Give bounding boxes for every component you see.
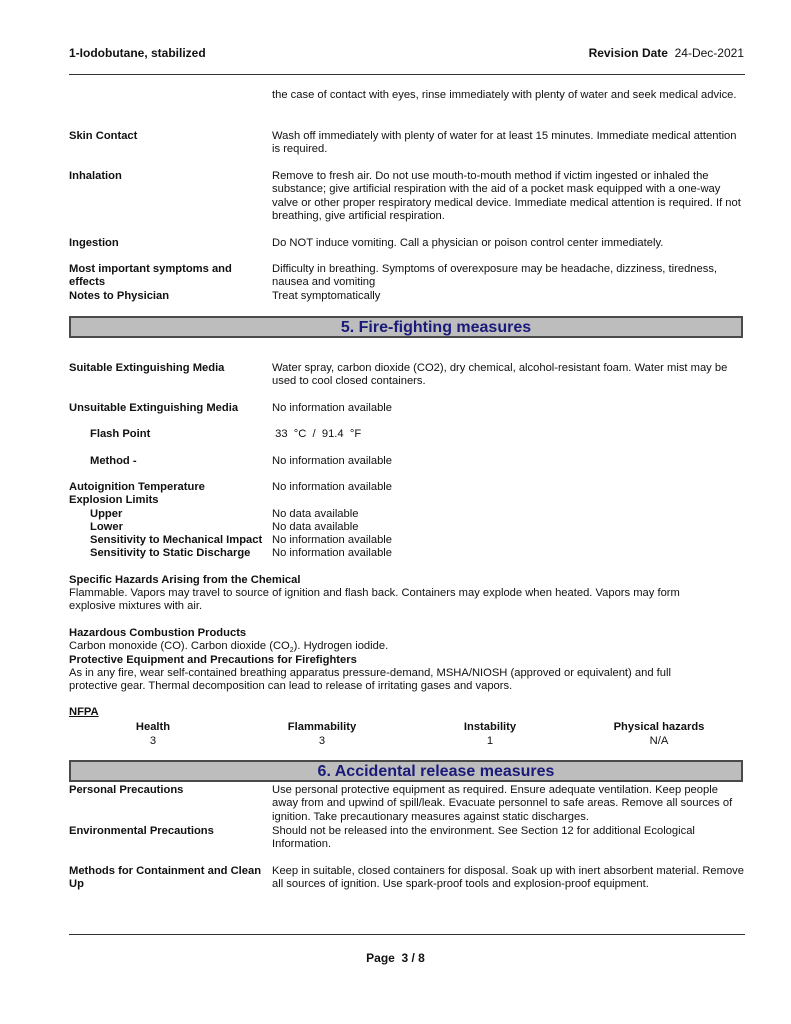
mechanical-impact-value: No information available: [272, 534, 746, 547]
specific-hazards-text: Flammable. Vapors may travel to source o…: [69, 587, 719, 614]
lower-limit-value: No data available: [272, 521, 746, 534]
protective-equipment-title: Protective Equipment and Precautions for…: [69, 654, 357, 667]
containment-methods-label: Methods for Containment and Clean Up: [69, 865, 274, 891]
nfpa-instability: Instability 1: [410, 720, 570, 748]
inhalation-label: Inhalation: [69, 170, 122, 183]
inhalation-value: Remove to fresh air. Do not use mouth-to…: [272, 170, 746, 224]
skin-contact-label: Skin Contact: [69, 130, 137, 143]
static-discharge-value: No information available: [272, 547, 746, 560]
nfpa-physical-hazards-value: N/A: [579, 734, 739, 748]
autoignition-label: Autoignition Temperature: [69, 481, 205, 494]
method-label: Method -: [90, 455, 137, 468]
eye-contact-continuation: the case of contact with eyes, rinse imm…: [272, 89, 746, 102]
method-value: No information available: [272, 455, 746, 468]
containment-methods-value: Keep in suitable, closed containers for …: [272, 865, 746, 892]
autoignition-value: No information available: [272, 481, 746, 494]
specific-hazards-title: Specific Hazards Arising from the Chemic…: [69, 574, 300, 587]
nfpa-flammability: Flammability 3: [242, 720, 402, 748]
nfpa-flammability-value: 3: [242, 734, 402, 748]
environmental-precautions-label: Environmental Precautions: [69, 825, 214, 838]
revision-label: Revision Date: [589, 46, 668, 60]
protective-equipment-text: As in any fire, wear self-contained brea…: [69, 667, 719, 694]
flash-point-value: 33 °C / 91.4 °F: [272, 428, 746, 441]
combustion-text-part: Carbon monoxide (CO). Carbon dioxide (CO: [69, 640, 290, 652]
static-discharge-label: Sensitivity to Static Discharge: [90, 547, 250, 560]
document-title: 1-Iodobutane, stabilized: [69, 46, 206, 60]
nfpa-instability-value: 1: [410, 734, 570, 748]
nfpa-health-value: 3: [73, 734, 233, 748]
suitable-media-value: Water spray, carbon dioxide (CO2), dry c…: [272, 362, 746, 389]
ingestion-label: Ingestion: [69, 237, 119, 250]
upper-limit-label: Upper: [90, 508, 122, 521]
nfpa-health-header: Health: [73, 720, 233, 734]
notes-physician-value: Treat symptomatically: [272, 290, 746, 303]
ingestion-value: Do NOT induce vomiting. Call a physician…: [272, 237, 746, 250]
page-number: Page 3 / 8: [0, 951, 791, 965]
nfpa-health: Health 3: [73, 720, 233, 748]
revision-date: Revision Date 24-Dec-2021: [589, 46, 744, 60]
personal-precautions-value: Use personal protective equipment as req…: [272, 784, 746, 824]
section-5-header: 5. Fire-fighting measures: [69, 316, 743, 338]
unsuitable-media-label: Unsuitable Extinguishing Media: [69, 402, 238, 415]
skin-contact-value: Wash off immediately with plenty of wate…: [272, 130, 746, 157]
nfpa-physical-hazards-header: Physical hazards: [579, 720, 739, 734]
combustion-products-title: Hazardous Combustion Products: [69, 627, 246, 640]
combustion-text-part: ). Hydrogen iodide.: [294, 640, 389, 652]
footer-divider: [69, 934, 745, 935]
nfpa-flammability-header: Flammability: [242, 720, 402, 734]
unsuitable-media-value: No information available: [272, 402, 746, 415]
symptoms-value: Difficulty in breathing. Symptoms of ove…: [272, 263, 746, 290]
nfpa-label: NFPA: [69, 706, 99, 718]
section-6-header: 6. Accidental release measures: [69, 760, 743, 782]
mechanical-impact-label: Sensitivity to Mechanical Impact: [90, 534, 262, 547]
upper-limit-value: No data available: [272, 508, 746, 521]
lower-limit-label: Lower: [90, 521, 123, 534]
revision-date-value: 24-Dec-2021: [675, 46, 744, 60]
explosion-limits-label: Explosion Limits: [69, 494, 159, 507]
flash-point-label: Flash Point: [90, 428, 150, 441]
nfpa-instability-header: Instability: [410, 720, 570, 734]
personal-precautions-label: Personal Precautions: [69, 784, 183, 797]
symptoms-label: Most important symptoms and effects: [69, 263, 259, 289]
environmental-precautions-value: Should not be released into the environm…: [272, 825, 746, 852]
nfpa-physical-hazards: Physical hazards N/A: [579, 720, 739, 748]
suitable-media-label: Suitable Extinguishing Media: [69, 362, 224, 375]
header-divider: [69, 74, 745, 75]
notes-physician-label: Notes to Physician: [69, 290, 169, 303]
